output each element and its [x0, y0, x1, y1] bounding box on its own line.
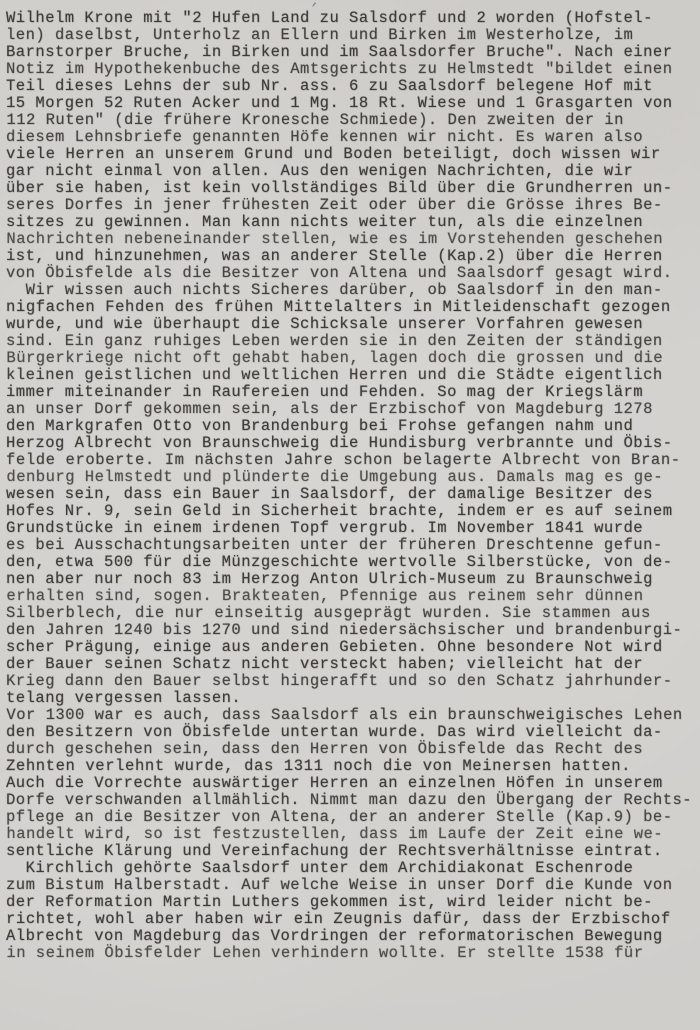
text-line: wesen sein, dass ein Bauer in Saalsdorf,… [6, 486, 698, 503]
text-line: Auch die Vorrechte auswärtiger Herren an… [6, 775, 698, 792]
text-line: Vor 1300 war es auch, dass Saalsdorf als… [6, 707, 698, 724]
text-line: es bei Ausschachtungsarbeiten unter der … [6, 537, 698, 554]
text-line: sentliche Klärung und Vereinfachung der … [6, 843, 698, 860]
text-line: Notiz im Hypothekenbuche des Amtsgericht… [6, 61, 698, 78]
text-line: Wir wissen auch nichts Sicheres darüber,… [6, 282, 698, 299]
document-page: , Wilhelm Krone mit "2 Hufen Land zu Sal… [0, 0, 700, 1030]
text-line: handelt wird, so ist festzustellen, dass… [6, 826, 698, 843]
text-line: an unser Dorf gekommen sein, als der Erz… [6, 401, 698, 418]
text-line: über sie haben, ist kein vollständiges B… [6, 180, 698, 197]
text-line: Herzog Albrecht von Braunschweig die Hun… [6, 435, 698, 452]
text-line: sitzes zu gewinnen. Man kann nichts weit… [6, 214, 698, 231]
text-line: Bürgerkriege nicht oft gehabt haben, lag… [6, 350, 698, 367]
text-line: Krieg dann den Bauer selbst hingerafft u… [6, 673, 698, 690]
text-line: Dorfe verschwanden allmählich. Nimmt man… [6, 792, 698, 809]
text-line: der Reformation Martin Luthers gekommen … [6, 894, 698, 911]
text-line: von Öbisfelde als die Besitzer von Alten… [6, 265, 698, 282]
text-line: 112 Ruten" (die frühere Kronesche Schmie… [6, 112, 698, 129]
text-line: den Jahren 1240 bis 1270 und sind nieder… [6, 622, 698, 639]
text-line: in seinem Öbisfelder Lehen verhindern wo… [6, 945, 698, 962]
text-line: pflege an die Besitzer von Altena, der a… [6, 809, 698, 826]
text-line: kleinen geistlichen und weltlichen Herre… [6, 367, 698, 384]
text-line: len) daselbst, Unterholz an Ellern und B… [6, 27, 698, 44]
text-line: Kirchlich gehörte Saalsdorf unter dem Ar… [6, 860, 698, 877]
text-line: immer miteinander in Raufereien und Fehd… [6, 384, 698, 401]
text-line: durch geschehen sein, dass den Herren vo… [6, 741, 698, 758]
text-line: ist, und hinzunehmen, was an anderer Ste… [6, 248, 698, 265]
text-line: scher Prägung, einige aus anderen Gebiet… [6, 639, 698, 656]
text-line: 15 Morgen 52 Ruten Acker und 1 Mg. 18 Rt… [6, 95, 698, 112]
text-line: felde eroberte. Im nächsten Jahre schon … [6, 452, 698, 469]
text-line: telang vergessen lassen. [6, 690, 698, 707]
text-line: nen aber nur noch 83 im Herzog Anton Ulr… [6, 571, 698, 588]
text-line: Zehnten verlehnt wurde, das 1311 noch di… [6, 758, 698, 775]
text-line: Hofes Nr. 9, sein Geld in Sicherheit bra… [6, 503, 698, 520]
text-line: viele Herren an unserem Grund und Boden … [6, 146, 698, 163]
text-line: wurde, und wie überhaupt die Schicksale … [6, 316, 698, 333]
text-line: der Bauer seinen Schatz nicht versteckt … [6, 656, 698, 673]
text-line: zum Bistum Halberstadt. Auf welche Weise… [6, 877, 698, 894]
text-line: richtet, wohl aber haben wir ein Zeugnis… [6, 911, 698, 928]
text-line: denburg Helmstedt und plünderte die Umge… [6, 469, 698, 486]
text-line: Nachrichten nebeneinander stellen, wie e… [6, 231, 698, 248]
text-line: seres Dorfes in jener frühesten Zeit ode… [6, 197, 698, 214]
text-line: Barnstorper Bruche, in Birken und im Saa… [6, 44, 698, 61]
text-line: diesem Lehnsbriefe genannten Höfe kennen… [6, 129, 698, 146]
text-line: den, etwa 500 für die Münzgeschichte wer… [6, 554, 698, 571]
text-line: Wilhelm Krone mit "2 Hufen Land zu Salsd… [6, 10, 698, 27]
text-line: den Markgrafen Otto von Brandenburg bei … [6, 418, 698, 435]
text-line: nigfachen Fehden des frühen Mittelalters… [6, 299, 698, 316]
text-line: Grundstücke in einem irdenen Topf vergru… [6, 520, 698, 537]
text-line: Albrecht von Magdeburg das Vordringen de… [6, 928, 698, 945]
text-line: sind. Ein ganz ruhiges Leben werden sie … [6, 333, 698, 350]
text-line: erhalten sind, sogen. Brakteaten, Pfenni… [6, 588, 698, 605]
document-text: Wilhelm Krone mit "2 Hufen Land zu Salsd… [6, 10, 698, 962]
text-line: gar nicht einmal von allen. Aus den weni… [6, 163, 698, 180]
text-line: den Besitzern von Öbisfelde untertan wur… [6, 724, 698, 741]
text-line: Teil dieses Lehns der sub Nr. ass. 6 zu … [6, 78, 698, 95]
text-line: Silberblech, die nur einseitig ausgepräg… [6, 605, 698, 622]
